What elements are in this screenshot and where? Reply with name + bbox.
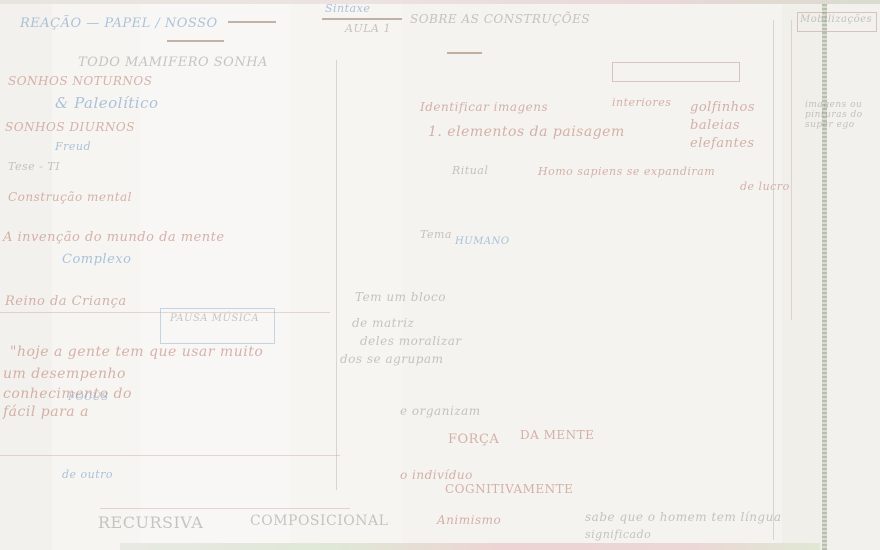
note-text: de matriz (352, 316, 414, 330)
note-text: golfinhos (690, 100, 755, 115)
paper-sheet-right (826, 0, 880, 550)
note-text: COMPOSICIONAL (250, 513, 388, 529)
top-edge (0, 0, 880, 4)
note-text: sabe que o homem tem língua (585, 510, 782, 524)
note-text: HUMANO (455, 236, 510, 247)
note-text: Mobilizações (800, 14, 872, 25)
note-text: DA MENTE (520, 428, 594, 442)
paper-overlay (140, 0, 290, 550)
note-text: & Paleolítico (55, 94, 159, 112)
note-text: e organizam (400, 404, 481, 418)
note-text: fácil para a (3, 404, 89, 420)
note-text: deles moralizar (360, 334, 462, 348)
note-text: SOBRE AS CONSTRUÇÕES (410, 12, 590, 26)
note-text: REAÇÃO — PAPEL / NOSSO (20, 16, 218, 31)
note-text: AULA 1 (345, 22, 391, 35)
ruled-line (100, 508, 350, 509)
margin-line (336, 60, 337, 490)
note-text: Reino da Criança (5, 294, 127, 309)
note-text: SONHOS NOTURNOS (8, 74, 152, 88)
note-text: de lucro (740, 180, 790, 193)
note-text: TODO MAMIFERO SONHA (78, 55, 268, 70)
note-text: um desempenho (3, 366, 126, 382)
note-text: Homo sapiens se expandiram (538, 165, 715, 178)
note-text: Tese - TI (8, 160, 60, 173)
note-text: interiores (612, 96, 671, 109)
note-text: "hoje a gente tem que usar muito (10, 344, 263, 360)
notebook-spiral-binding (822, 0, 827, 550)
note-text: Freud (55, 140, 91, 153)
note-text: COGNITIVAMENTE (445, 482, 573, 496)
note-text: Construção mental (8, 190, 132, 204)
boxed-note (612, 62, 740, 82)
note-text: Animismo (437, 513, 501, 527)
pencil-underline (228, 21, 276, 23)
note-text: A invenção do mundo da mente (3, 230, 225, 245)
note-text: o indivíduo (400, 468, 473, 482)
note-text: SONHOS DIURNOS (5, 120, 135, 134)
note-text: 1. elementos da paisagem (428, 124, 625, 140)
pencil-underline (447, 52, 482, 54)
ruled-line (0, 455, 340, 456)
note-text: dos se agrupam (340, 352, 443, 366)
pencil-underline (322, 18, 402, 20)
note-text: FORÇA (448, 432, 499, 447)
note-text: PAUSA MÚSICA (170, 313, 259, 324)
bottom-edge (120, 543, 820, 550)
note-text: FOCUS (68, 392, 109, 403)
pencil-underline (167, 40, 224, 42)
margin-line (773, 20, 774, 540)
note-text: RECURSIVA (98, 513, 203, 532)
note-text: imagens ou pinturas do super ego (805, 100, 875, 130)
note-text: Ritual (452, 164, 488, 177)
note-text: Sintaxe (325, 2, 370, 15)
note-text: de outro (62, 468, 113, 481)
note-text: baleias (690, 118, 740, 133)
note-text: significado (585, 528, 651, 541)
note-text: Tem um bloco (355, 290, 446, 304)
note-text: elefantes (690, 136, 755, 151)
margin-line (791, 20, 792, 320)
note-text: Identificar imagens (420, 100, 548, 114)
note-text: Tema (420, 228, 452, 241)
notebook-photo: REAÇÃO — PAPEL / NOSSO TODO MAMIFERO SON… (0, 0, 880, 550)
note-text: Complexo (62, 252, 131, 267)
